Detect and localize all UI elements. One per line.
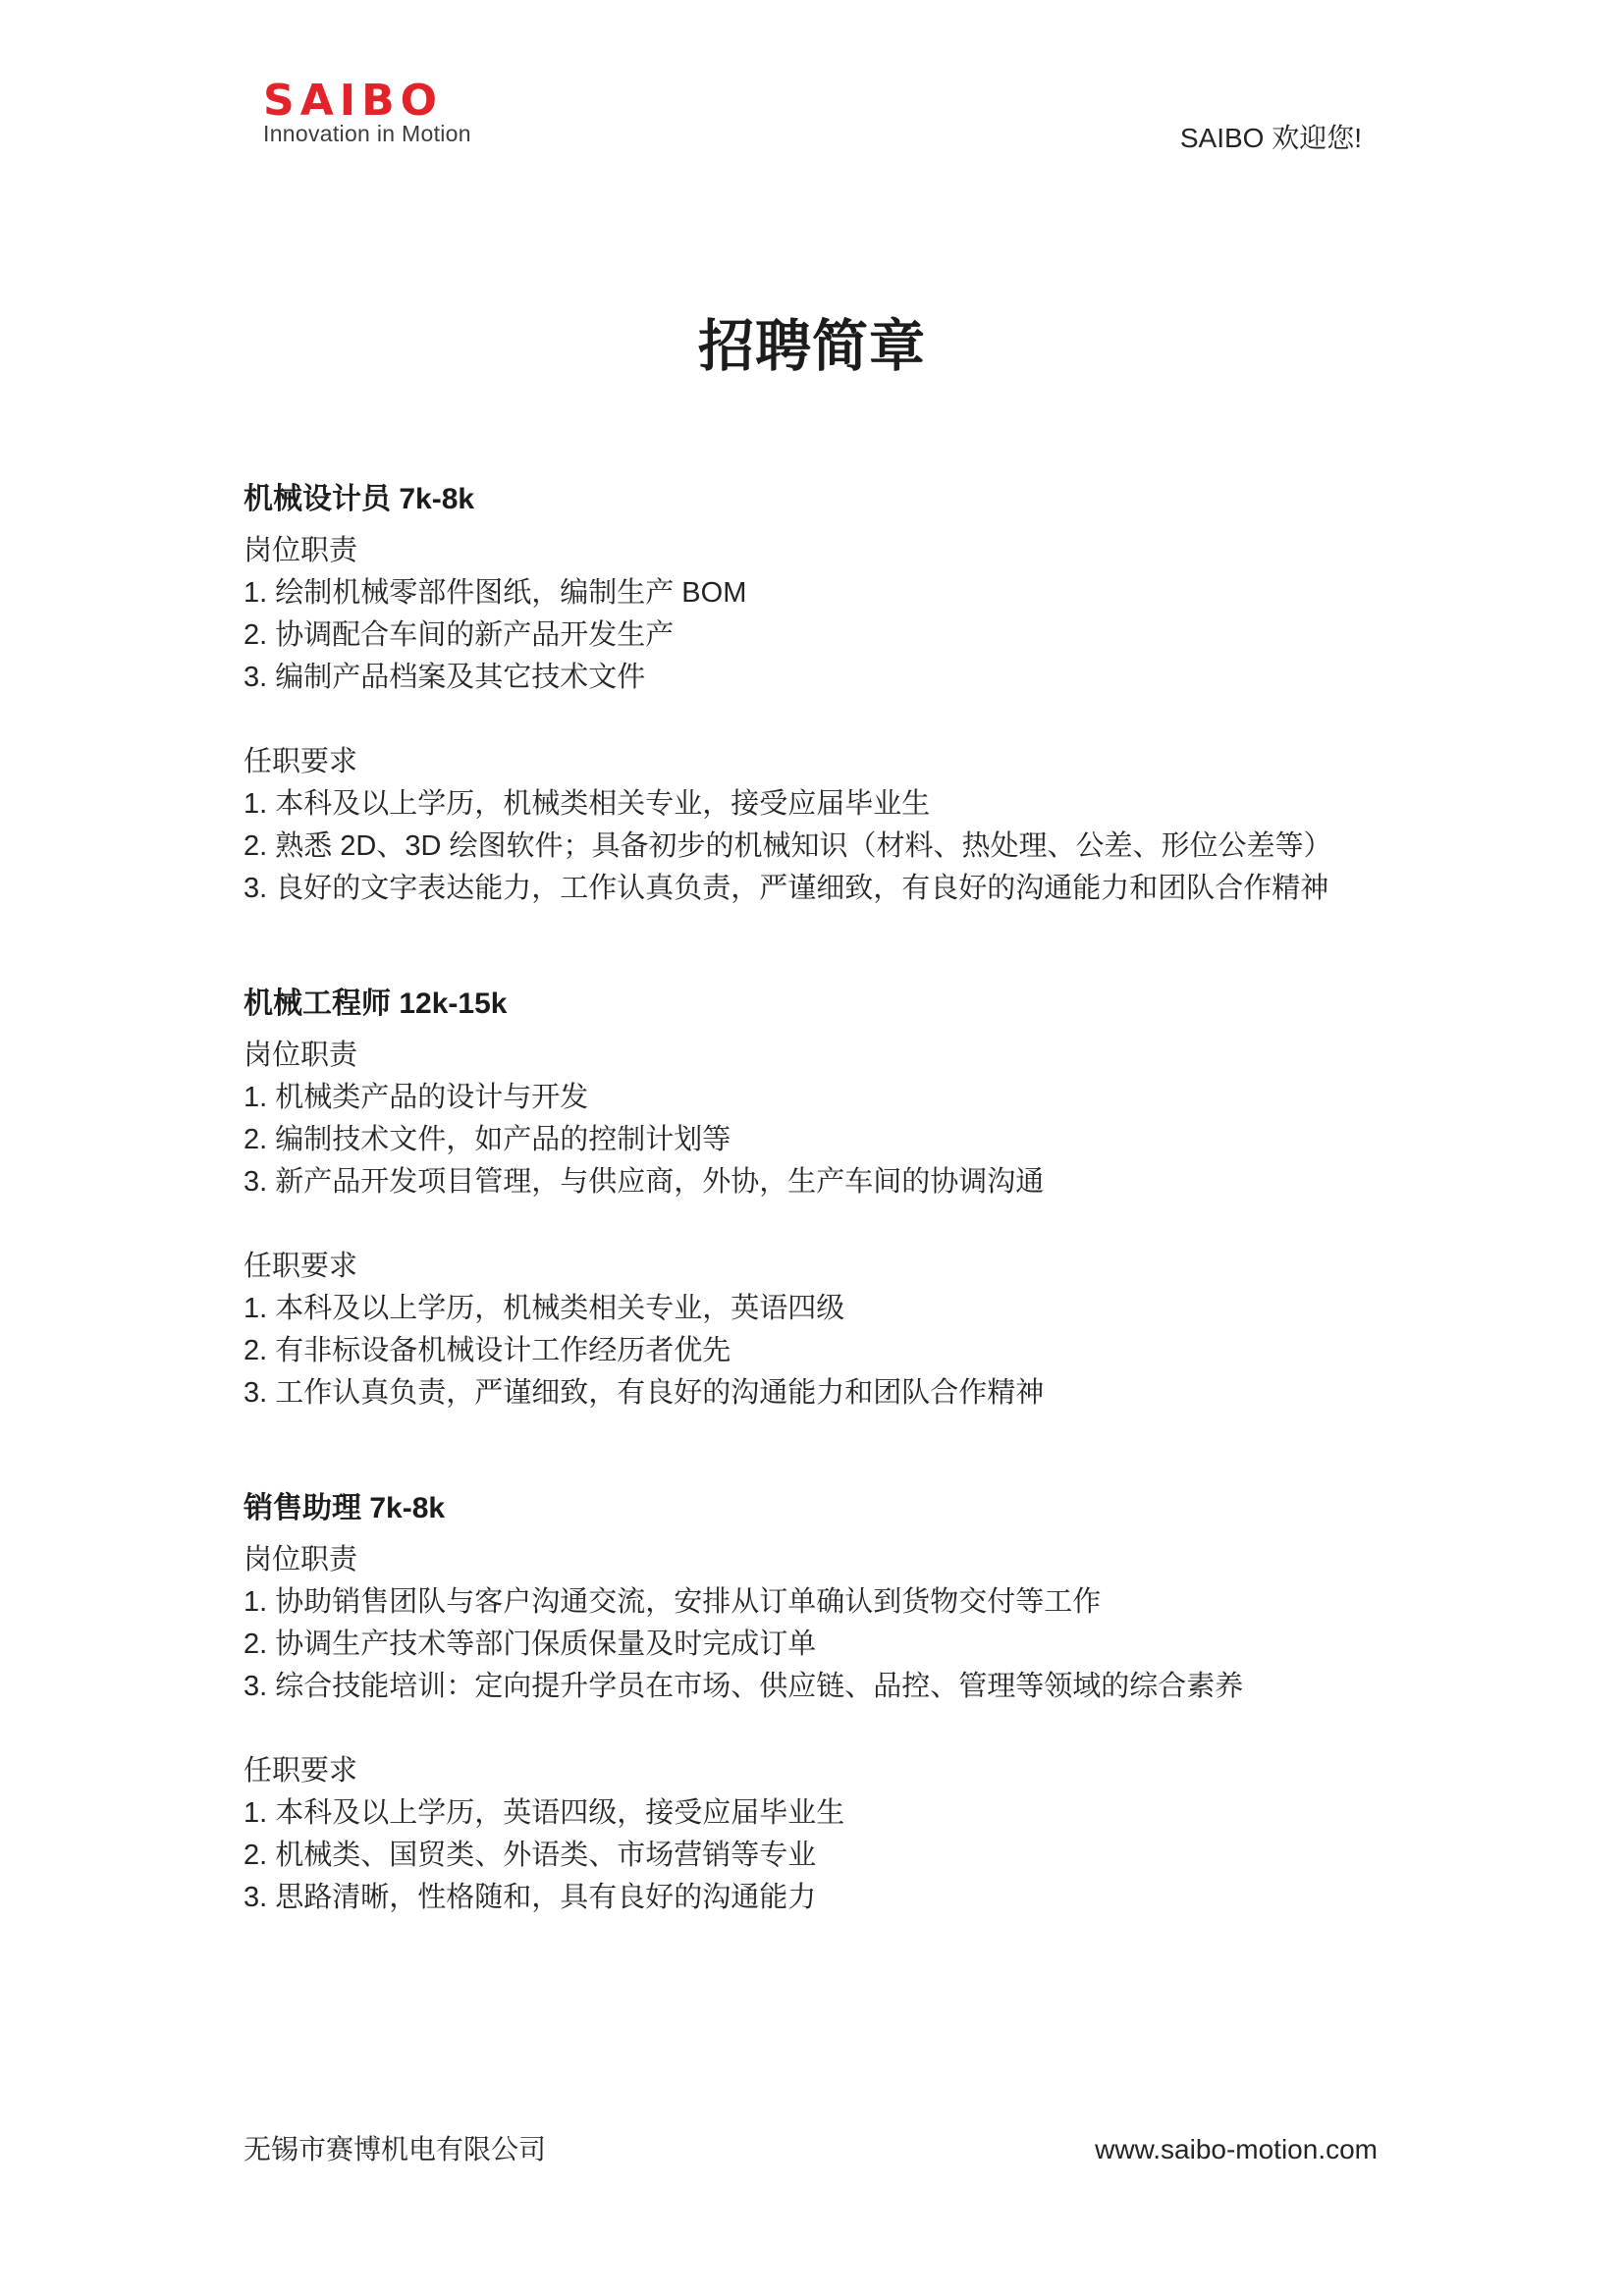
duty-item: 1. 绘制机械零部件图纸，编制生产 BOM bbox=[244, 572, 1402, 614]
job-section-sales-assistant: 销售助理 7k-8k 岗位职责 1. 协助销售团队与客户沟通交流，安排从订单确认… bbox=[244, 1487, 1402, 1919]
job-salary: 7k-8k bbox=[399, 483, 474, 515]
saibo-logo-tagline: Innovation in Motion bbox=[263, 121, 471, 146]
page-title: 招聘简章 bbox=[0, 314, 1624, 379]
requirement-item: 2. 熟悉 2D、3D 绘图软件；具备初步的机械知识（材料、热处理、公差、形位公… bbox=[244, 826, 1402, 868]
job-title-text: 机械工程师 bbox=[244, 988, 391, 1020]
job-heading: 机械工程师 12k-15k bbox=[244, 983, 1402, 1025]
job-section-mechanical-designer: 机械设计员 7k-8k 岗位职责 1. 绘制机械零部件图纸，编制生产 BOM 2… bbox=[244, 478, 1402, 910]
requirement-item: 3. 良好的文字表达能力，工作认真负责，严谨细致，有良好的沟通能力和团队合作精神 bbox=[244, 868, 1402, 910]
duty-item: 3. 新产品开发项目管理，与供应商，外协，生产车间的协调沟通 bbox=[244, 1161, 1402, 1203]
duty-item: 3. 编制产品档案及其它技术文件 bbox=[244, 657, 1402, 699]
duty-item: 2. 协调生产技术等部门保质保量及时完成订单 bbox=[244, 1624, 1402, 1666]
requirement-item: 1. 本科及以上学历，机械类相关专业，接受应届毕业生 bbox=[244, 783, 1402, 826]
footer-website: www.saibo-motion.com bbox=[1095, 2132, 1378, 2167]
duty-item: 2. 协调配合车间的新产品开发生产 bbox=[244, 614, 1402, 657]
duty-item: 3. 综合技能培训：定向提升学员在市场、供应链、品控、管理等领域的综合素养 bbox=[244, 1666, 1402, 1708]
requirement-item: 3. 工作认真负责，严谨细致，有良好的沟通能力和团队合作精神 bbox=[244, 1372, 1402, 1415]
saibo-logo-wordmark: SAIBO bbox=[263, 82, 471, 120]
requirements-label: 任职要求 bbox=[244, 741, 1402, 783]
blank-line bbox=[244, 699, 1402, 741]
document-page: SAIBO Innovation in Motion SAIBO 欢迎您! 招聘… bbox=[0, 0, 1624, 2296]
job-salary: 7k-8k bbox=[369, 1492, 445, 1524]
blank-line bbox=[244, 1203, 1402, 1246]
job-listings: 机械设计员 7k-8k 岗位职责 1. 绘制机械零部件图纸，编制生产 BOM 2… bbox=[244, 478, 1402, 1992]
requirement-item: 1. 本科及以上学历，机械类相关专业，英语四级 bbox=[244, 1288, 1402, 1330]
duty-item: 1. 协助销售团队与客户沟通交流，安排从订单确认到货物交付等工作 bbox=[244, 1581, 1402, 1624]
job-heading: 机械设计员 7k-8k bbox=[244, 478, 1402, 520]
job-heading: 销售助理 7k-8k bbox=[244, 1487, 1402, 1529]
job-salary: 12k-15k bbox=[399, 988, 507, 1020]
requirements-label: 任职要求 bbox=[244, 1246, 1402, 1288]
requirement-item: 3. 思路清晰，性格随和，具有良好的沟通能力 bbox=[244, 1877, 1402, 1919]
requirement-item: 1. 本科及以上学历，英语四级，接受应届毕业生 bbox=[244, 1792, 1402, 1835]
duties-label: 岗位职责 bbox=[244, 1539, 1402, 1581]
duties-label: 岗位职责 bbox=[244, 530, 1402, 572]
footer-company: 无锡市赛博机电有限公司 bbox=[244, 2132, 546, 2167]
job-title-text: 机械设计员 bbox=[244, 483, 391, 515]
duties-label: 岗位职责 bbox=[244, 1035, 1402, 1077]
blank-line bbox=[244, 1708, 1402, 1750]
requirement-item: 2. 机械类、国贸类、外语类、市场营销等专业 bbox=[244, 1835, 1402, 1877]
duty-item: 1. 机械类产品的设计与开发 bbox=[244, 1077, 1402, 1119]
job-section-mechanical-engineer: 机械工程师 12k-15k 岗位职责 1. 机械类产品的设计与开发 2. 编制技… bbox=[244, 983, 1402, 1415]
job-title-text: 销售助理 bbox=[244, 1492, 361, 1524]
duty-item: 2. 编制技术文件，如产品的控制计划等 bbox=[244, 1119, 1402, 1161]
requirements-label: 任职要求 bbox=[244, 1750, 1402, 1792]
requirement-item: 2. 有非标设备机械设计工作经历者优先 bbox=[244, 1330, 1402, 1372]
saibo-logo: SAIBO Innovation in Motion bbox=[263, 82, 471, 146]
welcome-text: SAIBO 欢迎您! bbox=[1180, 122, 1362, 155]
